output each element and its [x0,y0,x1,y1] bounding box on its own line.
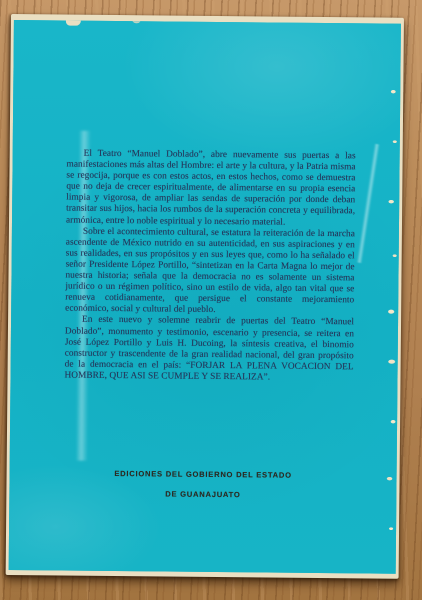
wood-table-surface: El Teatro “Manuel Doblado”, abre nuevame… [0,0,422,600]
teal-cover: El Teatro “Manuel Doblado”, abre nuevame… [9,20,401,574]
cover-edge-chip-small [132,20,141,23]
publisher-line-1: EDICIONES DEL GOBIERNO DEL ESTADO [10,468,397,481]
cover-crease-mark [356,144,380,264]
paragraph-acontecimiento-cultural: Sobre el acontecimiento cultural, se est… [65,226,355,318]
book-back-cover: El Teatro “Manuel Doblado”, abre nuevame… [6,14,404,579]
publisher-line-2: DE GUANAJUATO [9,488,396,501]
paragraph-reabrir-solemne: En este nuevo y solemne reabrir de puert… [64,315,354,384]
cover-edge-chip [66,20,81,26]
publisher-imprint: EDICIONES DEL GOBIERNO DEL ESTADO DE GUA… [9,468,396,501]
paragraph-teatro-reapertura: El Teatro “Manuel Doblado”, abre nuevame… [66,149,356,229]
cover-text-block: El Teatro “Manuel Doblado”, abre nuevame… [64,149,355,385]
